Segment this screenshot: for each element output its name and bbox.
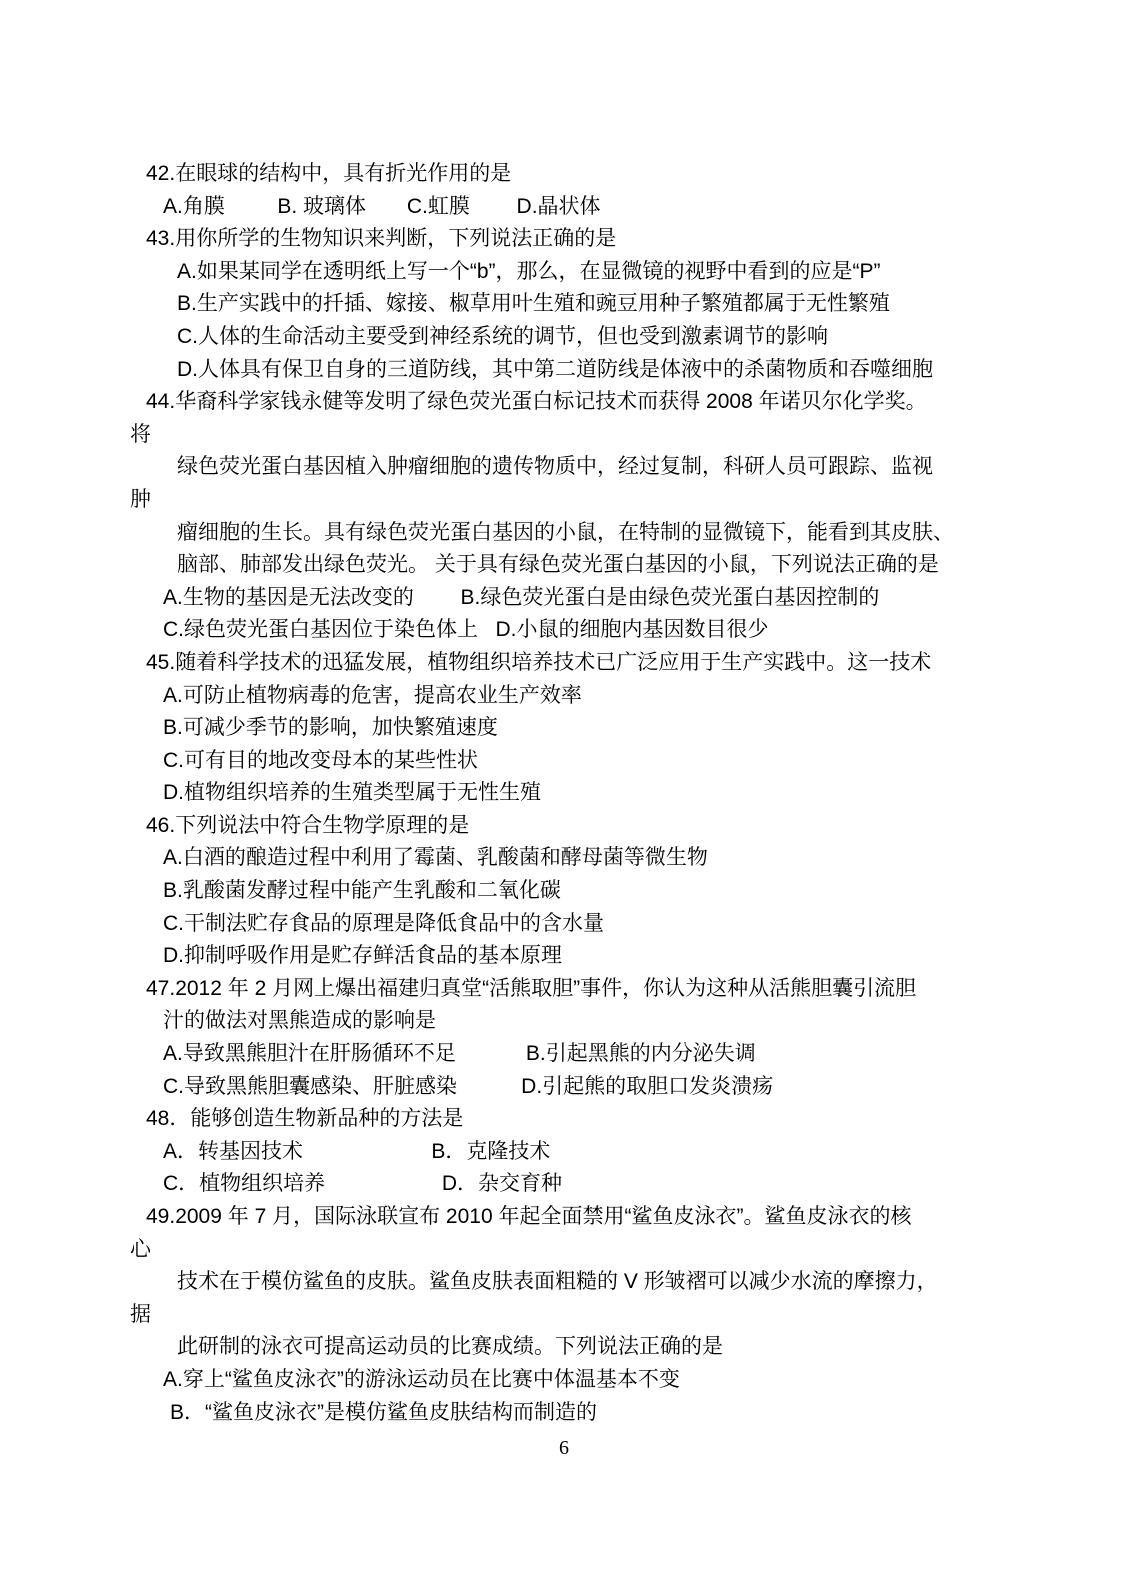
document-line: B.生产实践中的扦插、嫁接、椒草用叶生殖和豌豆用种子繁殖都属于无性繁殖 [130,288,1030,321]
document-line: 46.下列说法中符合生物学原理的是 [130,810,1030,843]
document-line: C.绿色荧光蛋白基因位于染色体上 D.小鼠的细胞内基因数目很少 [130,614,1030,647]
page-number: 6 [0,1437,1128,1460]
document-line: C.人体的生命活动主要受到神经系统的调节，但也受到激素调节的影响 [130,321,1030,354]
document-body: 42.在眼球的结构中，具有折光作用的是A.角膜 B. 玻璃体 C.虹膜 D.晶状… [130,158,1030,1429]
document-line: 脑部、肺部发出绿色荧光。 关于具有绿色荧光蛋白基因的小鼠，下列说法正确的是 [130,549,1030,582]
document-line: B.乳酸菌发酵过程中能产生乳酸和二氧化碳 [130,875,1030,908]
document-line: 48．能够创造生物新品种的方法是 [130,1103,1030,1136]
document-line: C.导致黑熊胆囊感染、肝脏感染 D.引起熊的取胆口发炎溃疡 [130,1071,1030,1104]
document-line: 汁的做法对黑熊造成的影响是 [130,1005,1030,1038]
document-line: D.植物组织培养的生殖类型属于无性生殖 [130,777,1030,810]
document-line: 42.在眼球的结构中，具有折光作用的是 [130,158,1030,191]
document-line: 此研制的泳衣可提高运动员的比赛成绩。下列说法正确的是 [130,1331,1030,1364]
document-line: 据 [130,1299,1030,1332]
document-line: C．植物组织培养 D．杂交育种 [130,1168,1030,1201]
document-line: 45.随着科学技术的迅猛发展，植物组织培养技术已广泛应用于生产实践中。这一技术 [130,647,1030,680]
document-line: A.生物的基因是无法改变的 B.绿色荧光蛋白是由绿色荧光蛋白基因控制的 [130,582,1030,615]
document-line: 肿 [130,484,1030,517]
document-line: B．“鲨鱼皮泳衣”是模仿鲨鱼皮肤结构而制造的 [130,1397,1030,1430]
document-line: A．转基因技术 B．克隆技术 [130,1136,1030,1169]
document-line: 技术在于模仿鲨鱼的皮肤。鲨鱼皮肤表面粗糙的 V 形皱褶可以减少水流的摩擦力， [130,1266,1030,1299]
document-line: A.角膜 B. 玻璃体 C.虹膜 D.晶状体 [130,191,1030,224]
document-line: 将 [130,419,1030,452]
document-line: C.干制法贮存食品的原理是降低食品中的含水量 [130,908,1030,941]
document-line: D.人体具有保卫自身的三道防线，其中第二道防线是体液中的杀菌物质和吞噬细胞 [130,354,1030,387]
document-line: 瘤细胞的生长。具有绿色荧光蛋白基因的小鼠，在特制的显微镜下，能看到其皮肤、 [130,517,1030,550]
document-line: A.可防止植物病毒的危害，提高农业生产效率 [130,680,1030,713]
document-line: 43.用你所学的生物知识来判断，下列说法正确的是 [130,223,1030,256]
document-line: 心 [130,1234,1030,1267]
document-line: A.穿上“鲨鱼皮泳衣”的游泳运动员在比赛中体温基本不变 [130,1364,1030,1397]
document-line: A.白酒的酿造过程中利用了霉菌、乳酸菌和酵母菌等微生物 [130,842,1030,875]
document-line: 47.2012 年 2 月网上爆出福建归真堂“活熊取胆”事件，你认为这种从活熊胆… [130,973,1030,1006]
document-line: 49.2009 年 7 月，国际泳联宣布 2010 年起全面禁用“鲨鱼皮泳衣”。… [130,1201,1030,1234]
document-line: A.导致黑熊胆汁在肝肠循环不足 B.引起黑熊的内分泌失调 [130,1038,1030,1071]
document-line: B.可减少季节的影响，加快繁殖速度 [130,712,1030,745]
document-line: 44.华裔科学家钱永健等发明了绿色荧光蛋白标记技术而获得 2008 年诺贝尔化学… [130,386,1030,419]
document-line: 绿色荧光蛋白基因植入肿瘤细胞的遗传物质中，经过复制，科研人员可跟踪、监视 [130,451,1030,484]
document-line: A.如果某同学在透明纸上写一个“b”，那么，在显微镜的视野中看到的应是“P” [130,256,1030,289]
document-line: D.抑制呼吸作用是贮存鲜活食品的基本原理 [130,940,1030,973]
document-line: C.可有目的地改变母本的某些性状 [130,745,1030,778]
exam-page: 42.在眼球的结构中，具有折光作用的是A.角膜 B. 玻璃体 C.虹膜 D.晶状… [0,0,1128,1571]
